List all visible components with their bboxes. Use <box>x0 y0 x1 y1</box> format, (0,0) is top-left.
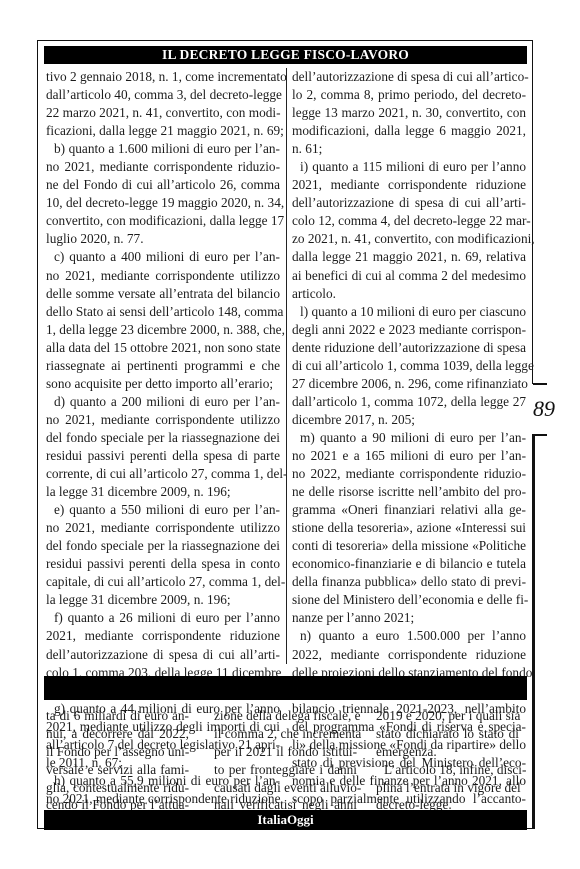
section-header: IL DECRETO LEGGE FISCO-LAVORO <box>44 46 527 64</box>
text-line: di cui all’articolo 1, comma 1039, della… <box>292 357 526 375</box>
text-line: conti di tesoreria» della missione «Poli… <box>292 537 526 555</box>
text-line: nanze per l’anno 2021; <box>292 609 526 627</box>
text-line: n) quanto a euro 1.500.000 per l’anno <box>292 627 526 645</box>
text-line: emergenza. <box>376 743 519 761</box>
text-line: dell’autorizzazione di spesa di cui all’… <box>292 68 526 86</box>
text-line: ne delle risorse iscritte nell’ambito de… <box>292 483 526 501</box>
text-line: no 2021, mediante corrispondente utilizz… <box>46 267 280 285</box>
text-line: ai benefici di cui al comma 2 del medesi… <box>292 267 526 285</box>
text-line: economico-finanziarie e di bilancio e tu… <box>292 555 526 573</box>
text-line: riassegnate ai pertinenti programmi e ch… <box>46 357 280 375</box>
bottom-text-column-2: zione della delega fiscale, eil comma 2,… <box>214 707 357 814</box>
text-line: f) quanto a 26 milioni di euro per l’ann… <box>46 609 280 627</box>
text-line: modificazioni, dalla legge 6 maggio 2021… <box>292 122 526 140</box>
text-line: delle somme versate all’entrata del bila… <box>46 285 280 303</box>
text-line: 2021, mediante corrispondente riduzione <box>292 176 526 194</box>
bottom-text-column-1: ta di 6 miliardi di euro an-nui, a decor… <box>46 707 189 814</box>
text-line: la legge 31 dicembre 2009, n. 196; <box>46 591 280 609</box>
text-line: alla data del 15 ottobre 2021, non sono … <box>46 339 280 357</box>
text-line: ficazioni, dalla legge 21 maggio 2021, n… <box>46 122 280 140</box>
text-line: no 2022, mediante corrispondente riduzio… <box>292 465 526 483</box>
text-line: per il 2021 il fondo istitui- <box>214 743 357 761</box>
text-line: del fondo speciale per la riassegnazione… <box>46 429 280 447</box>
text-line: colo 12, comma 4, del decreto-legge 22 m… <box>292 212 526 230</box>
text-line: stato dichiarato lo stato di <box>376 725 519 743</box>
text-line: ne del Fondo di cui all’articolo 26, com… <box>46 176 280 194</box>
text-line: 22 marzo 2021, n. 41, convertito, con mo… <box>46 104 280 122</box>
text-line: zo 2021, n. 41, convertito, con modifica… <box>292 230 526 248</box>
text-line: tivo 2 gennaio 2018, n. 1, come incremen… <box>46 68 280 86</box>
text-line: plina l’entrata in vigore del <box>376 779 519 797</box>
page-number: 89 <box>533 396 555 422</box>
text-line: dalla legge 21 maggio 2021, n. 69, relat… <box>292 248 526 266</box>
page-marker-tick-bottom <box>533 434 547 436</box>
text-line: zione della delega fiscale, e <box>214 707 357 725</box>
text-line: capitale, di cui all’articolo 27, comma … <box>46 573 280 591</box>
text-line: c) quanto a 400 milioni di euro per l’an… <box>46 248 280 266</box>
text-line: causati dagli eventi alluvio- <box>214 779 357 797</box>
text-line: residui passivi perenti della spesa in c… <box>46 555 280 573</box>
text-line: no 2021, mediante corrispondente utilizz… <box>46 519 280 537</box>
text-line: 2019 e 2020, per i quali sia <box>376 707 519 725</box>
text-line: il Fondo per l’assegno uni- <box>46 743 189 761</box>
text-line: dall’articolo 1, comma 1072, della legge… <box>292 393 526 411</box>
page-marker-line-bottom <box>533 434 535 829</box>
text-line: b) quanto a 1.600 milioni di euro per l’… <box>46 140 280 158</box>
publication-footer: ItaliaOggi <box>44 810 527 830</box>
text-line: il comma 2, che incrementa <box>214 725 357 743</box>
text-line: 1, della legge 23 dicembre 2000, n. 388,… <box>46 321 280 339</box>
text-line: degli anni 2022 e 2023 mediante corrispo… <box>292 321 526 339</box>
text-line: lo 2, comma 8, primo periodo, del decret… <box>292 86 526 104</box>
text-line: n. 61; <box>292 140 526 158</box>
text-line: glia, contestualmente ridu- <box>46 779 189 797</box>
text-line: m) quanto a 90 milioni di euro per l’an- <box>292 429 526 447</box>
text-line: no 2021 e a 165 milioni di euro per l’an… <box>292 447 526 465</box>
text-line: i) quanto a 115 milioni di euro per l’an… <box>292 158 526 176</box>
text-line: sione del Ministero dell’economia e dell… <box>292 591 526 609</box>
text-line: gramma «Oneri finanziari relativi alla g… <box>292 501 526 519</box>
text-line: d) quanto a 200 milioni di euro per l’an… <box>46 393 280 411</box>
text-line: L’articolo 18, infine, disci- <box>376 761 519 779</box>
text-line: 27 dicembre 2006, n. 296, come rifinanzi… <box>292 375 526 393</box>
text-line: 2021, mediante corrispondente riduzione <box>46 627 280 645</box>
text-line: dello Stato ai sensi dell’articolo 148, … <box>46 303 280 321</box>
separator-bar <box>44 676 527 700</box>
text-line: l) quanto a 10 milioni di euro per ciasc… <box>292 303 526 321</box>
text-line: no 2021, mediante corrispondente utilizz… <box>46 411 280 429</box>
text-line: 2022, mediante corrispondente riduzione <box>292 646 526 664</box>
text-line: versale e servizi alla fami- <box>46 761 189 779</box>
text-line: dall’articolo 40, comma 3, del decreto-l… <box>46 86 280 104</box>
text-line: sono acquisite per detto importo all’era… <box>46 375 280 393</box>
text-line: legge 13 marzo 2021, n. 30, convertito, … <box>292 104 526 122</box>
text-line: no 2021, mediante corrispondente riduzio… <box>46 158 280 176</box>
text-line: e) quanto a 550 milioni di euro per l’an… <box>46 501 280 519</box>
bottom-text-column-3: 2019 e 2020, per i quali siastato dichia… <box>376 707 519 814</box>
text-line: dicembre 2017, n. 205; <box>292 411 526 429</box>
brand-logo: ItaliaOggi <box>257 812 313 827</box>
text-line: convertito, con modificazioni, dalla leg… <box>46 212 280 230</box>
column-divider <box>286 68 287 664</box>
text-line: dell’autorizzazione di spesa di cui all’… <box>292 194 526 212</box>
text-line: nui, a decorrere dal 2022, <box>46 725 189 743</box>
text-line: dell’autorizzazione di spesa di cui all’… <box>46 646 280 664</box>
text-line: la legge 31 dicembre 2009, n. 196; <box>46 483 280 501</box>
text-line: ta di 6 miliardi di euro an- <box>46 707 189 725</box>
text-line: to per fronteggiare i danni <box>214 761 357 779</box>
text-line: stione della tesoreria», azione «Interes… <box>292 519 526 537</box>
text-line: del fondo speciale per la riassegnazione… <box>46 537 280 555</box>
page-marker-tick-top <box>533 383 547 385</box>
text-line: dente riduzione dell’autorizzazione di s… <box>292 339 526 357</box>
text-line: residui passivi perenti della spesa di p… <box>46 447 280 465</box>
text-line: luglio 2020, n. 77. <box>46 230 280 248</box>
text-line: 10, del decreto-legge 19 maggio 2020, n.… <box>46 194 280 212</box>
text-line: della finanza pubblica» dello stato di p… <box>292 573 526 591</box>
text-line: articolo. <box>292 285 526 303</box>
text-line: corrente, di cui all’articolo 27, comma … <box>46 465 280 483</box>
